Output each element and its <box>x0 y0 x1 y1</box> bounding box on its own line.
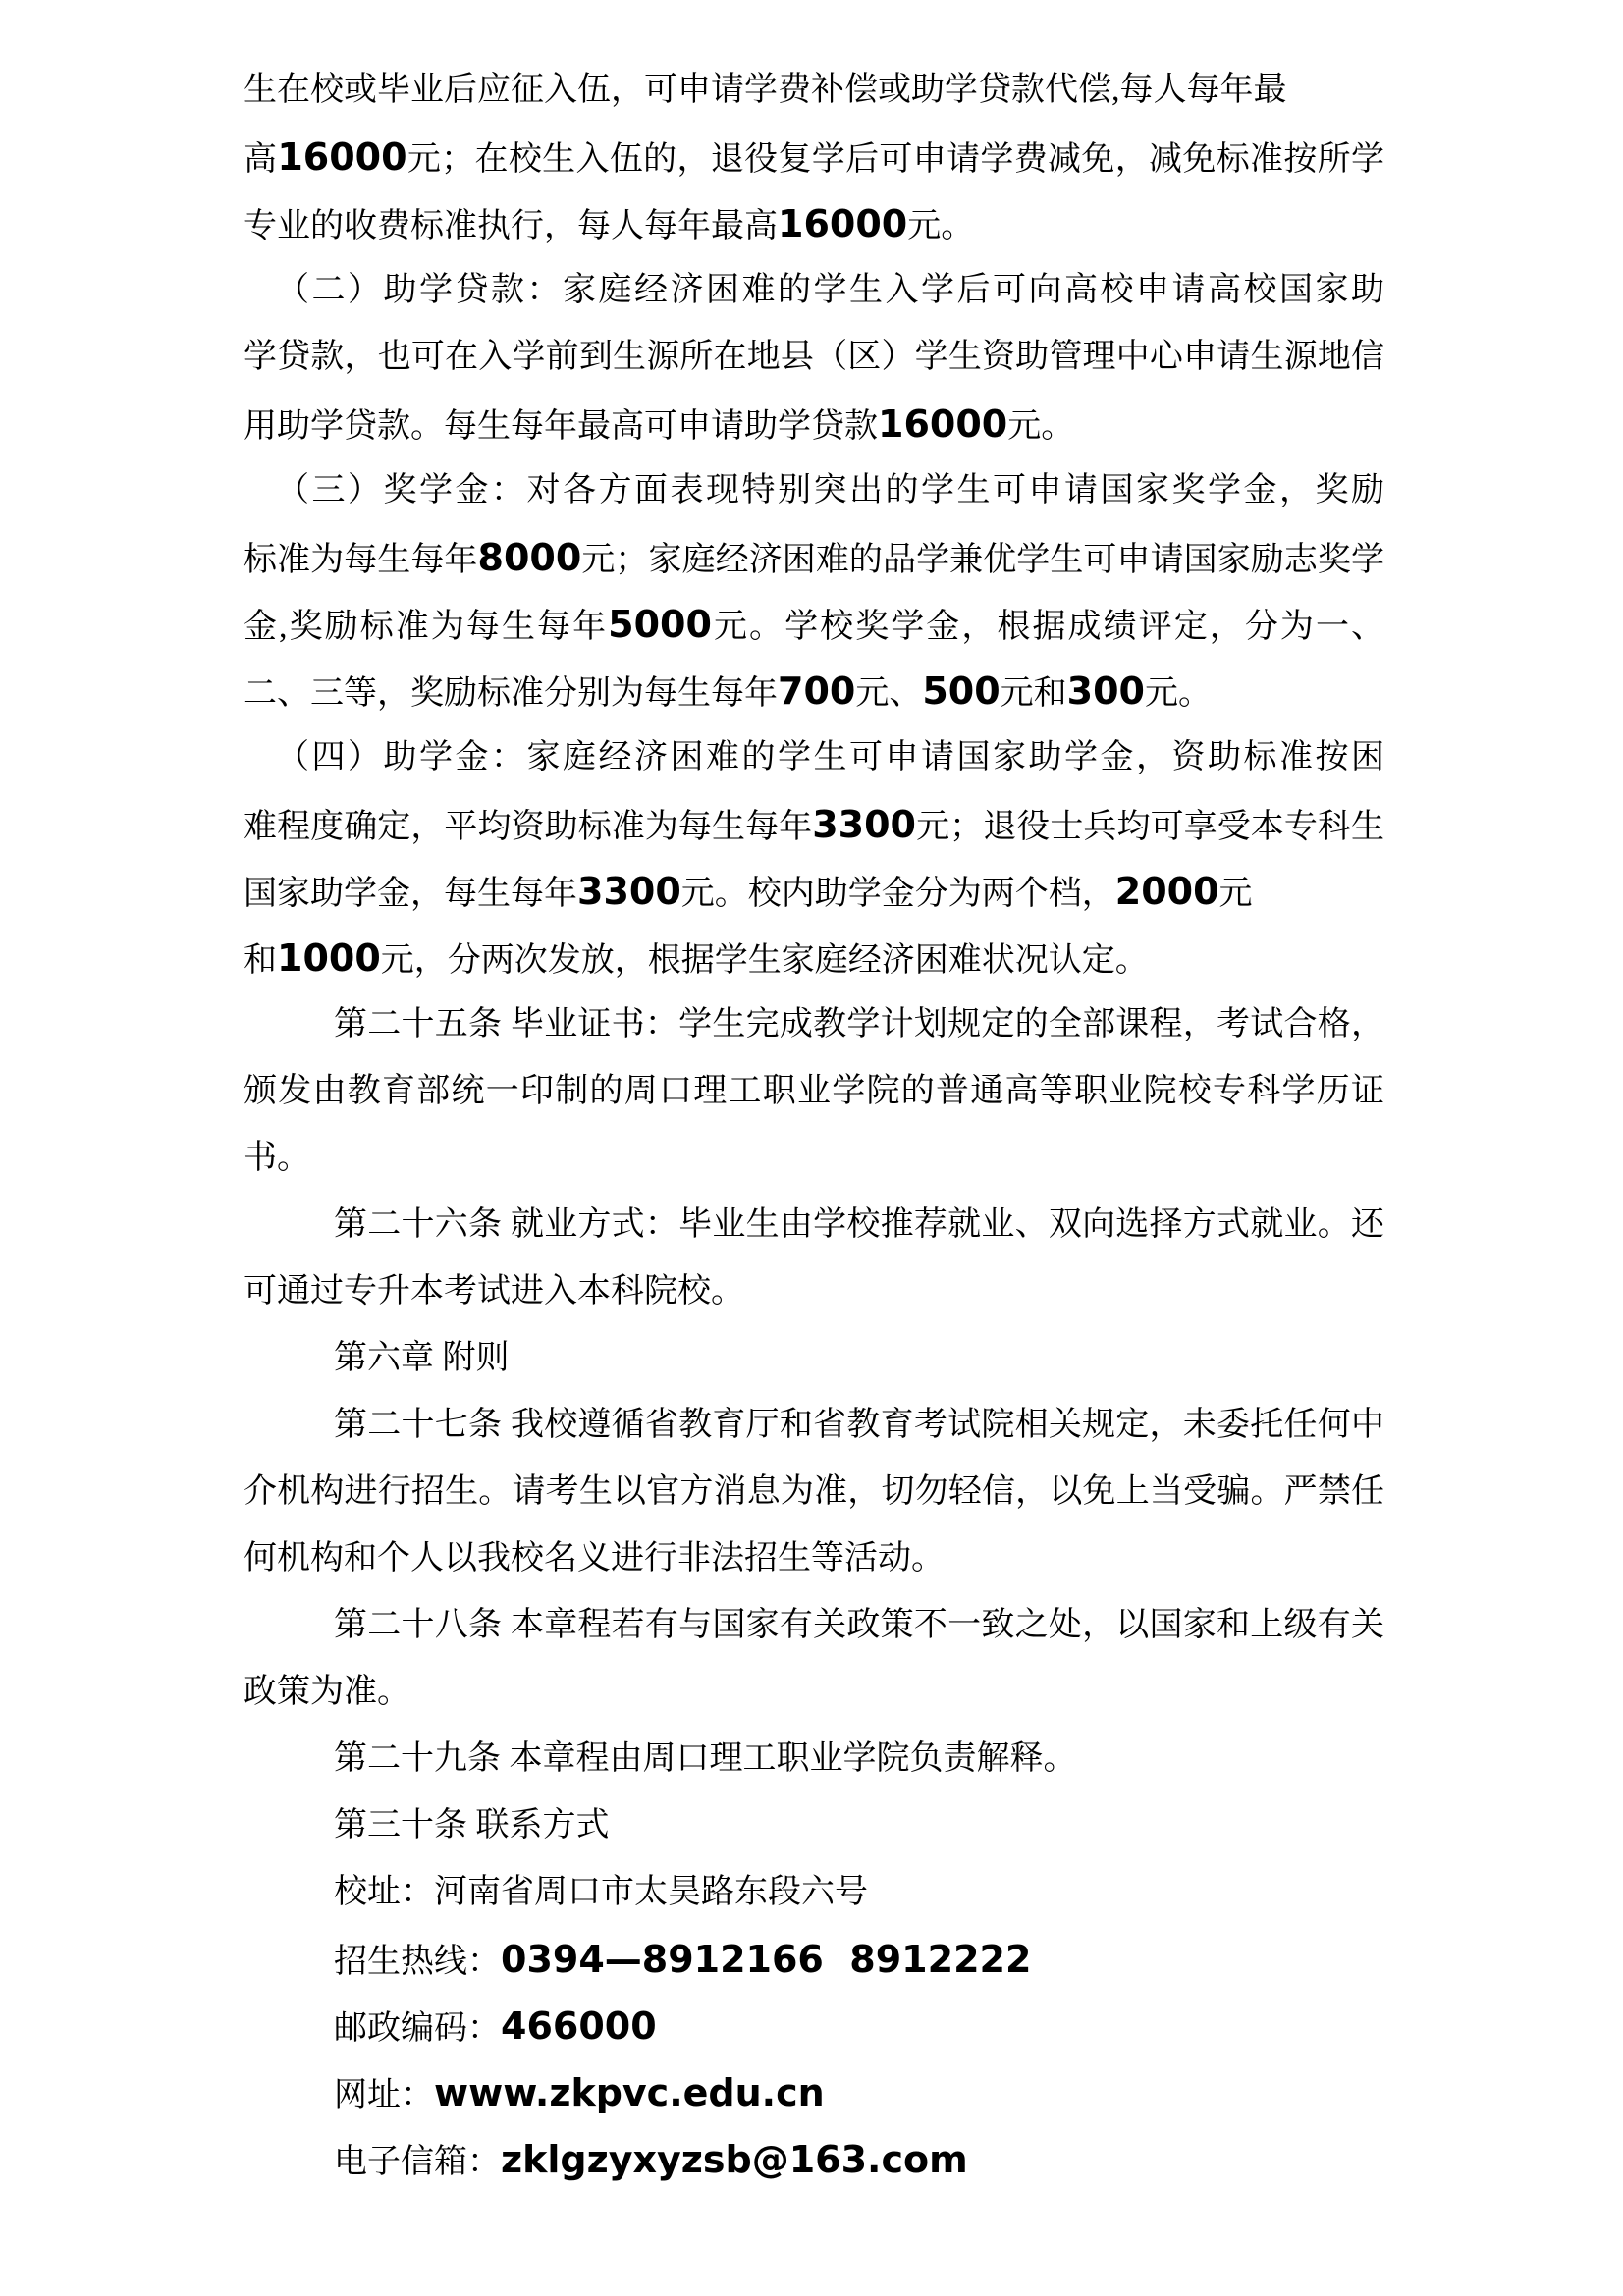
document-page: 生在校或毕业后应征入伍，可申请学费补偿或助学贷款代偿,每人每年最高16000元；… <box>0 0 1623 2296</box>
text-run: 第二十六条 就业方式：毕业生由学校推荐就业、双向选择方式就业。还 <box>334 1206 1384 1243</box>
text-line-13: 国家助学金，每生每年3300元。校内助学金分为两个档，2000元 <box>243 858 1384 925</box>
text-run: 专业的收费标准执行，每人每年最高 <box>243 208 778 244</box>
text-run-bold: 5000 <box>608 603 712 646</box>
text-run: 介机构进行招生。请考生以官方消息为准，切勿轻信，以免上当受骗。严禁任 <box>243 1473 1384 1510</box>
text-run-bold: 3300 <box>812 803 916 846</box>
text-line-26: 第二十九条 本章程由周口理工职业学院负责解释。 <box>243 1726 1384 1792</box>
text-line-11: （四）助学金：家庭经济困难的学生可申请国家助学金，资助标准按困 <box>243 724 1384 791</box>
text-run: 元；在校生入伍的，退役复学后可申请学费减免，减免标准按所学 <box>407 141 1384 178</box>
text-run: 第二十八条 本章程若有与国家有关政策不一致之处，以国家和上级有关 <box>334 1607 1384 1643</box>
text-run-bold: 3300 <box>577 870 681 913</box>
text-line-8: 标准为每生每年8000元；家庭经济困难的品学兼优学生可申请国家励志奖学 <box>243 524 1384 591</box>
text-run: 元；家庭经济困难的品学兼优学生可申请国家励志奖学 <box>581 542 1384 578</box>
text-line-31: 网址：www.zkpvc.edu.cn <box>243 2059 1384 2126</box>
text-run: 书。 <box>243 1140 310 1176</box>
text-line-10: 二、三等，奖励标准分别为每生每年700元、500元和300元。 <box>243 658 1384 724</box>
text-line-22: 介机构进行招生。请考生以官方消息为准，切勿轻信，以免上当受骗。严禁任 <box>243 1459 1384 1525</box>
text-line-2: 高16000元；在校生入伍的，退役复学后可申请学费减免，减免标准按所学 <box>243 124 1384 190</box>
text-run: 生在校或毕业后应征入伍，可申请学费补偿或助学贷款代偿,每人每年最 <box>243 72 1287 108</box>
text-line-21: 第二十七条 我校遵循省教育厅和省教育考试院相关规定，未委托任何中 <box>243 1392 1384 1459</box>
text-line-5: 学贷款，也可在入学前到生源所在地县（区）学生资助管理中心申请生源地信 <box>243 324 1384 391</box>
text-run-bold: 2000 <box>1115 870 1219 913</box>
text-run-bold: 16000 <box>277 135 406 179</box>
text-run: 用助学贷款。每生每年最高可申请助学贷款 <box>243 408 878 445</box>
text-line-17: 书。 <box>243 1125 1384 1192</box>
text-run-bold: 0394—8912166 8912222 <box>501 1938 1031 1981</box>
text-line-28: 校址：河南省周口市太昊路东段六号 <box>243 1859 1384 1926</box>
text-run: （四）助学金：家庭经济困难的学生可申请国家助学金，资助标准按困 <box>276 739 1384 775</box>
text-line-29: 招生热线：0394—8912166 8912222 <box>243 1926 1384 1993</box>
text-run: 第二十七条 我校遵循省教育厅和省教育考试院相关规定，未委托任何中 <box>334 1407 1384 1443</box>
text-run-bold: www.zkpvc.edu.cn <box>434 2071 825 2114</box>
text-run-bold: 500 <box>922 669 1000 713</box>
text-run: 元。 <box>1145 675 1212 712</box>
text-run-bold: 300 <box>1067 669 1145 713</box>
text-line-30: 邮政编码：466000 <box>243 1993 1384 2059</box>
text-line-23: 何机构和个人以我校名义进行非法招生等活动。 <box>243 1525 1384 1592</box>
text-run: （二）助学贷款：家庭经济困难的学生入学后可向高校申请高校国家助 <box>276 272 1384 308</box>
text-run: 元和 <box>1001 675 1067 712</box>
text-run: 第六章 附则 <box>334 1340 510 1376</box>
text-run: 国家助学金，每生每年 <box>243 876 577 912</box>
text-run-bold: 1000 <box>277 936 381 980</box>
text-line-32: 电子信箱：zklgzyxyzsb@163.com <box>243 2126 1384 2193</box>
text-run: 学贷款，也可在入学前到生源所在地县（区）学生资助管理中心申请生源地信 <box>243 339 1384 375</box>
document-text-block: 生在校或毕业后应征入伍，可申请学费补偿或助学贷款代偿,每人每年最高16000元；… <box>243 57 1384 2193</box>
text-run: 电子信箱： <box>334 2144 501 2180</box>
text-line-15: 第二十五条 毕业证书：学生完成教学计划规定的全部课程，考试合格， <box>243 991 1384 1058</box>
text-line-3: 专业的收费标准执行，每人每年最高16000元。 <box>243 190 1384 257</box>
text-run: 第二十九条 本章程由周口理工职业学院负责解释。 <box>334 1740 1077 1777</box>
text-run: 颁发由教育部统一印制的周口理工职业学院的普通高等职业院校专科学历证 <box>243 1073 1384 1109</box>
text-run: 邮政编码： <box>334 2010 501 2047</box>
text-run: 元。校内助学金分为两个档， <box>681 876 1115 912</box>
text-line-4: （二）助学贷款：家庭经济困难的学生入学后可向高校申请高校国家助 <box>243 257 1384 324</box>
text-line-25: 政策为准。 <box>243 1659 1384 1726</box>
text-run: （三）奖学金：对各方面表现特别突出的学生可申请国家奖学金，奖励 <box>276 472 1384 508</box>
text-run: 金,奖励标准为每生每年 <box>243 609 608 645</box>
text-line-1: 生在校或毕业后应征入伍，可申请学费补偿或助学贷款代偿,每人每年最 <box>243 57 1384 124</box>
text-run: 元、 <box>855 675 922 712</box>
text-run-bold: 700 <box>778 669 855 713</box>
text-run-bold: zklgzyxyzsb@163.com <box>501 2138 968 2181</box>
text-run: 难程度确定，平均资助标准为每生每年 <box>243 809 812 845</box>
text-run: 可通过专升本考试进入本科院校。 <box>243 1273 744 1309</box>
text-line-6: 用助学贷款。每生每年最高可申请助学贷款16000元。 <box>243 391 1384 457</box>
text-line-12: 难程度确定，平均资助标准为每生每年3300元；退役士兵均可享受本专科生 <box>243 791 1384 858</box>
text-run: 和 <box>243 942 277 979</box>
text-run-bold: 16000 <box>878 402 1007 446</box>
text-line-19: 可通过专升本考试进入本科院校。 <box>243 1258 1384 1325</box>
text-run: 第三十条 联系方式 <box>334 1807 610 1843</box>
text-run: 第二十五条 毕业证书：学生完成教学计划规定的全部课程，考试合格， <box>334 1006 1384 1042</box>
text-run-bold: 466000 <box>501 2004 657 2048</box>
text-run: 网址： <box>334 2077 434 2113</box>
text-run: 何机构和个人以我校名义进行非法招生等活动。 <box>243 1540 945 1576</box>
text-line-16: 颁发由教育部统一印制的周口理工职业学院的普通高等职业院校专科学历证 <box>243 1058 1384 1125</box>
text-line-7: （三）奖学金：对各方面表现特别突出的学生可申请国家奖学金，奖励 <box>243 457 1384 524</box>
text-run: 元。 <box>907 208 974 244</box>
text-run: 元；退役士兵均可享受本专科生 <box>916 809 1384 845</box>
text-run: 元，分两次发放，根据学生家庭经济困难状况认定。 <box>381 942 1149 979</box>
text-run: 元 <box>1219 876 1253 912</box>
text-run: 元。 <box>1007 408 1074 445</box>
text-run: 校址：河南省周口市太昊路东段六号 <box>334 1874 868 1910</box>
text-line-27: 第三十条 联系方式 <box>243 1792 1384 1859</box>
text-run: 政策为准。 <box>243 1674 410 1710</box>
text-line-18: 第二十六条 就业方式：毕业生由学校推荐就业、双向选择方式就业。还 <box>243 1192 1384 1258</box>
text-line-9: 金,奖励标准为每生每年5000元。学校奖学金，根据成绩评定，分为一、 <box>243 591 1384 658</box>
text-run: 招生热线： <box>334 1944 501 1980</box>
text-run: 高 <box>243 141 277 178</box>
text-run: 标准为每生每年 <box>243 542 478 578</box>
text-line-20: 第六章 附则 <box>243 1325 1384 1392</box>
text-run-bold: 8000 <box>478 536 582 579</box>
text-run-bold: 16000 <box>778 202 907 245</box>
text-line-14: 和1000元，分两次发放，根据学生家庭经济困难状况认定。 <box>243 925 1384 991</box>
text-run: 元。学校奖学金，根据成绩评定，分为一、 <box>712 609 1384 645</box>
text-run: 二、三等，奖励标准分别为每生每年 <box>243 675 778 712</box>
text-line-24: 第二十八条 本章程若有与国家有关政策不一致之处，以国家和上级有关 <box>243 1592 1384 1659</box>
